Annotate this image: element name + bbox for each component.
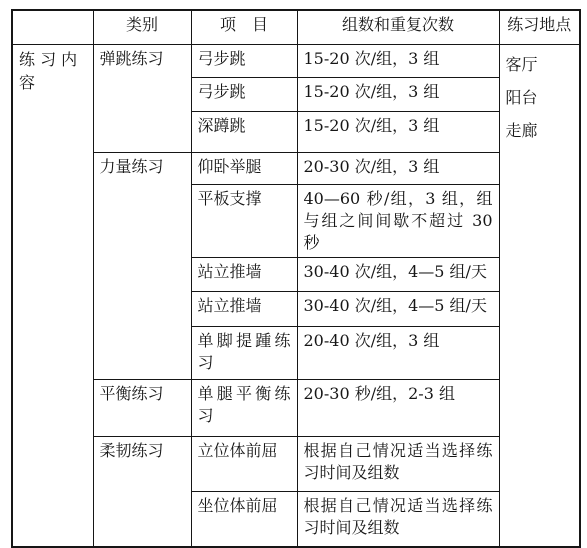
- sets-cell: 根据自己情况适当选择练习时间及组数: [297, 436, 499, 491]
- item-cell: 仰卧举腿: [191, 152, 297, 184]
- table-row: 柔韧练习 立位体前屈 根据自己情况适当选择练习时间及组数: [12, 436, 580, 491]
- sets-cell: 15-20 次/组，3 组: [297, 111, 499, 152]
- location-line: 走廊: [506, 114, 574, 147]
- category-cell: 平衡练习: [93, 379, 191, 436]
- item-cell: 站立推墙: [191, 291, 297, 326]
- table-row: 平衡练习 单腿平衡练习 20-30 秒/组，2-3 组: [12, 379, 580, 436]
- sets-cell: 20-30 秒/组，2-3 组: [297, 379, 499, 436]
- header-cell-sets: 组数和重复次数: [297, 10, 499, 44]
- category-cell: 力量练习: [93, 152, 191, 379]
- item-cell: 立位体前屈: [191, 436, 297, 491]
- location-line: 客厅: [506, 48, 574, 81]
- row-label-cell: 练 习 内 容: [12, 44, 93, 547]
- sets-cell: 20-30 次/组，3 组: [297, 152, 499, 184]
- document-page: 类别 项 目 组数和重复次数 练习地点 练 习 内 容 弹跳练习 弓步跳 15-…: [0, 0, 587, 537]
- item-cell: 弓步跳: [191, 77, 297, 111]
- item-cell: 弓步跳: [191, 44, 297, 77]
- exercise-plan-table: 类别 项 目 组数和重复次数 练习地点 练 习 内 容 弹跳练习 弓步跳 15-…: [11, 9, 581, 548]
- header-row: 类别 项 目 组数和重复次数 练习地点: [12, 10, 580, 44]
- location-line: 阳台: [506, 81, 574, 114]
- sets-cell: 30-40 次/组，4—5 组/天: [297, 291, 499, 326]
- sets-cell: 根据自己情况适当选择练习时间及组数: [297, 491, 499, 547]
- header-cell-category: 类别: [93, 10, 191, 44]
- sets-cell: 15-20 次/组，3 组: [297, 77, 499, 111]
- header-cell-location: 练习地点: [499, 10, 580, 44]
- table-row: 练 习 内 容 弹跳练习 弓步跳 15-20 次/组，3 组 客厅 阳台 走廊: [12, 44, 580, 77]
- sets-cell: 30-40 次/组，4—5 组/天: [297, 257, 499, 291]
- item-cell: 站立推墙: [191, 257, 297, 291]
- sets-cell: 15-20 次/组，3 组: [297, 44, 499, 77]
- item-cell: 单腿平衡练习: [191, 379, 297, 436]
- item-cell: 单脚提踵练习: [191, 326, 297, 379]
- header-cell-item: 项 目: [191, 10, 297, 44]
- item-cell: 深蹲跳: [191, 111, 297, 152]
- category-cell: 弹跳练习: [93, 44, 191, 152]
- sets-cell: 20-40 次/组，3 组: [297, 326, 499, 379]
- item-cell: 坐位体前屈: [191, 491, 297, 547]
- table-row: 力量练习 仰卧举腿 20-30 次/组，3 组: [12, 152, 580, 184]
- item-cell: 平板支撑: [191, 184, 297, 257]
- category-cell: 柔韧练习: [93, 436, 191, 547]
- locations-cell: 客厅 阳台 走廊: [499, 44, 580, 547]
- sets-cell: 40—60 秒/组，3 组，组与组之间间歇不超过 30 秒: [297, 184, 499, 257]
- header-cell-blank: [12, 10, 93, 44]
